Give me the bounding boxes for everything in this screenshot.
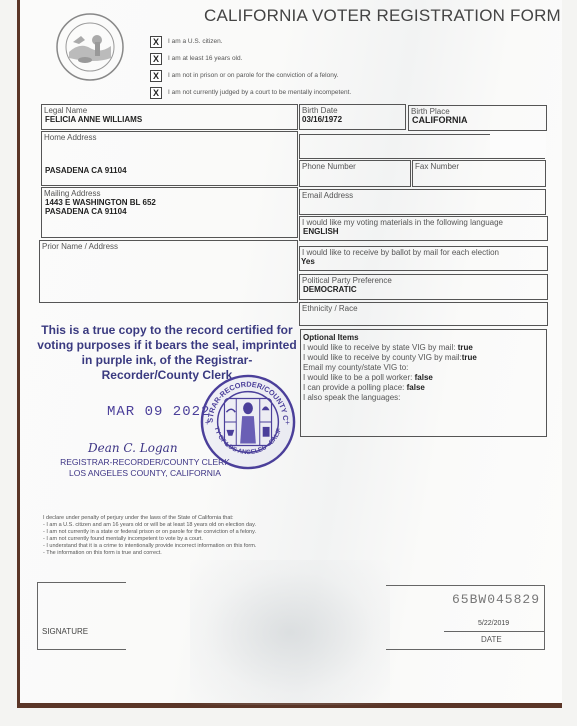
optional-items-heading: Optional Items bbox=[301, 330, 546, 342]
phone-number-field[interactable]: Phone Number bbox=[299, 160, 411, 187]
optional-item: I would like to receive by state VIG by … bbox=[301, 342, 546, 352]
california-state-seal-icon bbox=[55, 12, 125, 82]
optional-item: I can provide a polling place: false bbox=[301, 382, 546, 392]
field-value-line2: PASADENA CA 91104 bbox=[42, 207, 297, 216]
legal-name-field[interactable]: Legal Name FELICIA ANNE WILLIAMS bbox=[41, 104, 298, 130]
svg-text:+: + bbox=[205, 418, 210, 427]
field-value: FELICIA ANNE WILLIAMS bbox=[42, 115, 297, 124]
optional-item-label: I would like to be a poll worker: bbox=[303, 373, 415, 382]
declaration-line: - The information on this form is true a… bbox=[43, 550, 256, 557]
field-value: PASADENA CA 91104 bbox=[42, 166, 297, 175]
registration-number: 65BW045829 bbox=[452, 592, 540, 607]
field-value: CALIFORNIA bbox=[409, 116, 546, 125]
declaration-line: - I understand that it is a crime to int… bbox=[43, 543, 256, 550]
perjury-declaration: I declare under penalty of perjury under… bbox=[43, 515, 256, 557]
optional-item: Email my county/state VIG to: bbox=[301, 362, 546, 372]
registration-date: 5/22/2019 bbox=[478, 620, 509, 627]
language-field[interactable]: I would like my voting materials in the … bbox=[299, 216, 548, 241]
eligibility-item: X I am a U.S. citizen. bbox=[150, 33, 351, 50]
field-label: Phone Number bbox=[300, 161, 410, 171]
optional-item-label: I would like to receive by state VIG by … bbox=[303, 343, 458, 352]
optional-item-label: Email my county/state VIG to: bbox=[303, 363, 408, 372]
signature-box[interactable] bbox=[37, 582, 126, 650]
optional-item-value: true bbox=[462, 353, 477, 362]
field-value-line1: 1443 E WASHINGTON BL 652 bbox=[42, 198, 297, 207]
optional-items-box: Optional Items I would like to receive b… bbox=[300, 329, 547, 437]
certification-stamp-date: MAR 09 2022 bbox=[107, 404, 210, 420]
checkbox-age[interactable]: X bbox=[150, 53, 162, 65]
optional-item-label: I also speak the languages: bbox=[303, 393, 400, 402]
eligibility-item: X I am at least 16 years old. bbox=[150, 50, 351, 67]
checkbox-felony[interactable]: X bbox=[150, 70, 162, 82]
field-label: I would like to receive by ballot by mai… bbox=[300, 247, 547, 257]
check-label: I am not currently judged by a court to … bbox=[168, 89, 351, 96]
photo-shadow bbox=[190, 560, 390, 705]
birth-place-field[interactable]: Birth Place CALIFORNIA bbox=[408, 105, 547, 131]
svg-text:+: + bbox=[285, 418, 290, 427]
signature-label: SIGNATURE bbox=[42, 627, 88, 636]
field-label: Email Address bbox=[300, 190, 545, 200]
optional-item: I also speak the languages: bbox=[301, 392, 546, 402]
field-value: DEMOCRATIC bbox=[300, 285, 547, 294]
date-label: DATE bbox=[481, 635, 502, 644]
field-label: I would like my voting materials in the … bbox=[300, 217, 547, 227]
party-preference-field[interactable]: Political Party Preference DEMOCRATIC bbox=[299, 274, 548, 300]
checkbox-citizen[interactable]: X bbox=[150, 36, 162, 48]
eligibility-checklist: X I am a U.S. citizen. X I am at least 1… bbox=[150, 33, 351, 101]
field-label: Home Address bbox=[42, 132, 297, 142]
email-address-field[interactable]: Email Address bbox=[299, 189, 546, 215]
field-label: Political Party Preference bbox=[300, 275, 547, 285]
declaration-intro: I declare under penalty of perjury under… bbox=[43, 515, 256, 522]
field-label: Ethnicity / Race bbox=[300, 303, 547, 313]
optional-item-label: I would like to receive by county VIG by… bbox=[303, 353, 462, 362]
declaration-line: - I am not currently in a state or feder… bbox=[43, 529, 256, 536]
eligibility-item: X I am not currently judged by a court t… bbox=[150, 84, 351, 101]
optional-item-value: false bbox=[415, 373, 433, 382]
eligibility-item: X I am not in prison or on parole for th… bbox=[150, 67, 351, 84]
optional-item: I would like to receive by county VIG by… bbox=[301, 352, 546, 362]
field-label: Fax Number bbox=[413, 161, 545, 171]
check-label: I am not in prison or on parole for the … bbox=[168, 72, 338, 79]
field-value: ENGLISH bbox=[300, 227, 547, 236]
redaction-patch bbox=[490, 131, 546, 157]
ethnicity-field[interactable]: Ethnicity / Race bbox=[299, 302, 548, 326]
los-angeles-county-seal-icon: REGISTRAR-RECORDER/COUNTY CLERK COUNTY O… bbox=[199, 373, 297, 471]
declaration-line: - I am a U.S. citizen and am 16 years ol… bbox=[43, 522, 256, 529]
field-label: Prior Name / Address bbox=[40, 241, 297, 251]
optional-item-label: I can provide a polling place: bbox=[303, 383, 407, 392]
ballot-by-mail-field[interactable]: I would like to receive by ballot by mai… bbox=[299, 246, 548, 271]
form-title: CALIFORNIA VOTER REGISTRATION FORM bbox=[204, 6, 561, 26]
birth-date-field[interactable]: Birth Date 03/16/1972 bbox=[299, 104, 406, 130]
check-label: I am at least 16 years old. bbox=[168, 55, 242, 62]
fax-number-field[interactable]: Fax Number bbox=[412, 160, 546, 187]
declaration-line: - I am not currently found mentally inco… bbox=[43, 536, 256, 543]
optional-item: I would like to be a poll worker: false bbox=[301, 372, 546, 382]
mailing-address-field[interactable]: Mailing Address 1443 E WASHINGTON BL 652… bbox=[41, 187, 298, 238]
field-label: Birth Date bbox=[300, 105, 405, 115]
clerk-signature: Dean C. Logan bbox=[88, 441, 178, 455]
optional-item-value: true bbox=[458, 343, 473, 352]
checkbox-competence[interactable]: X bbox=[150, 87, 162, 99]
optional-item-value: false bbox=[407, 383, 425, 392]
field-label: Mailing Address bbox=[42, 188, 297, 198]
check-label: I am a U.S. citizen. bbox=[168, 38, 223, 45]
field-value: 03/16/1972 bbox=[300, 115, 405, 124]
field-value: Yes bbox=[300, 257, 547, 266]
field-label: Legal Name bbox=[42, 105, 297, 115]
date-underline bbox=[444, 631, 544, 632]
prior-name-field[interactable]: Prior Name / Address bbox=[39, 240, 298, 303]
home-address-field[interactable]: Home Address PASADENA CA 91104 bbox=[41, 131, 298, 186]
